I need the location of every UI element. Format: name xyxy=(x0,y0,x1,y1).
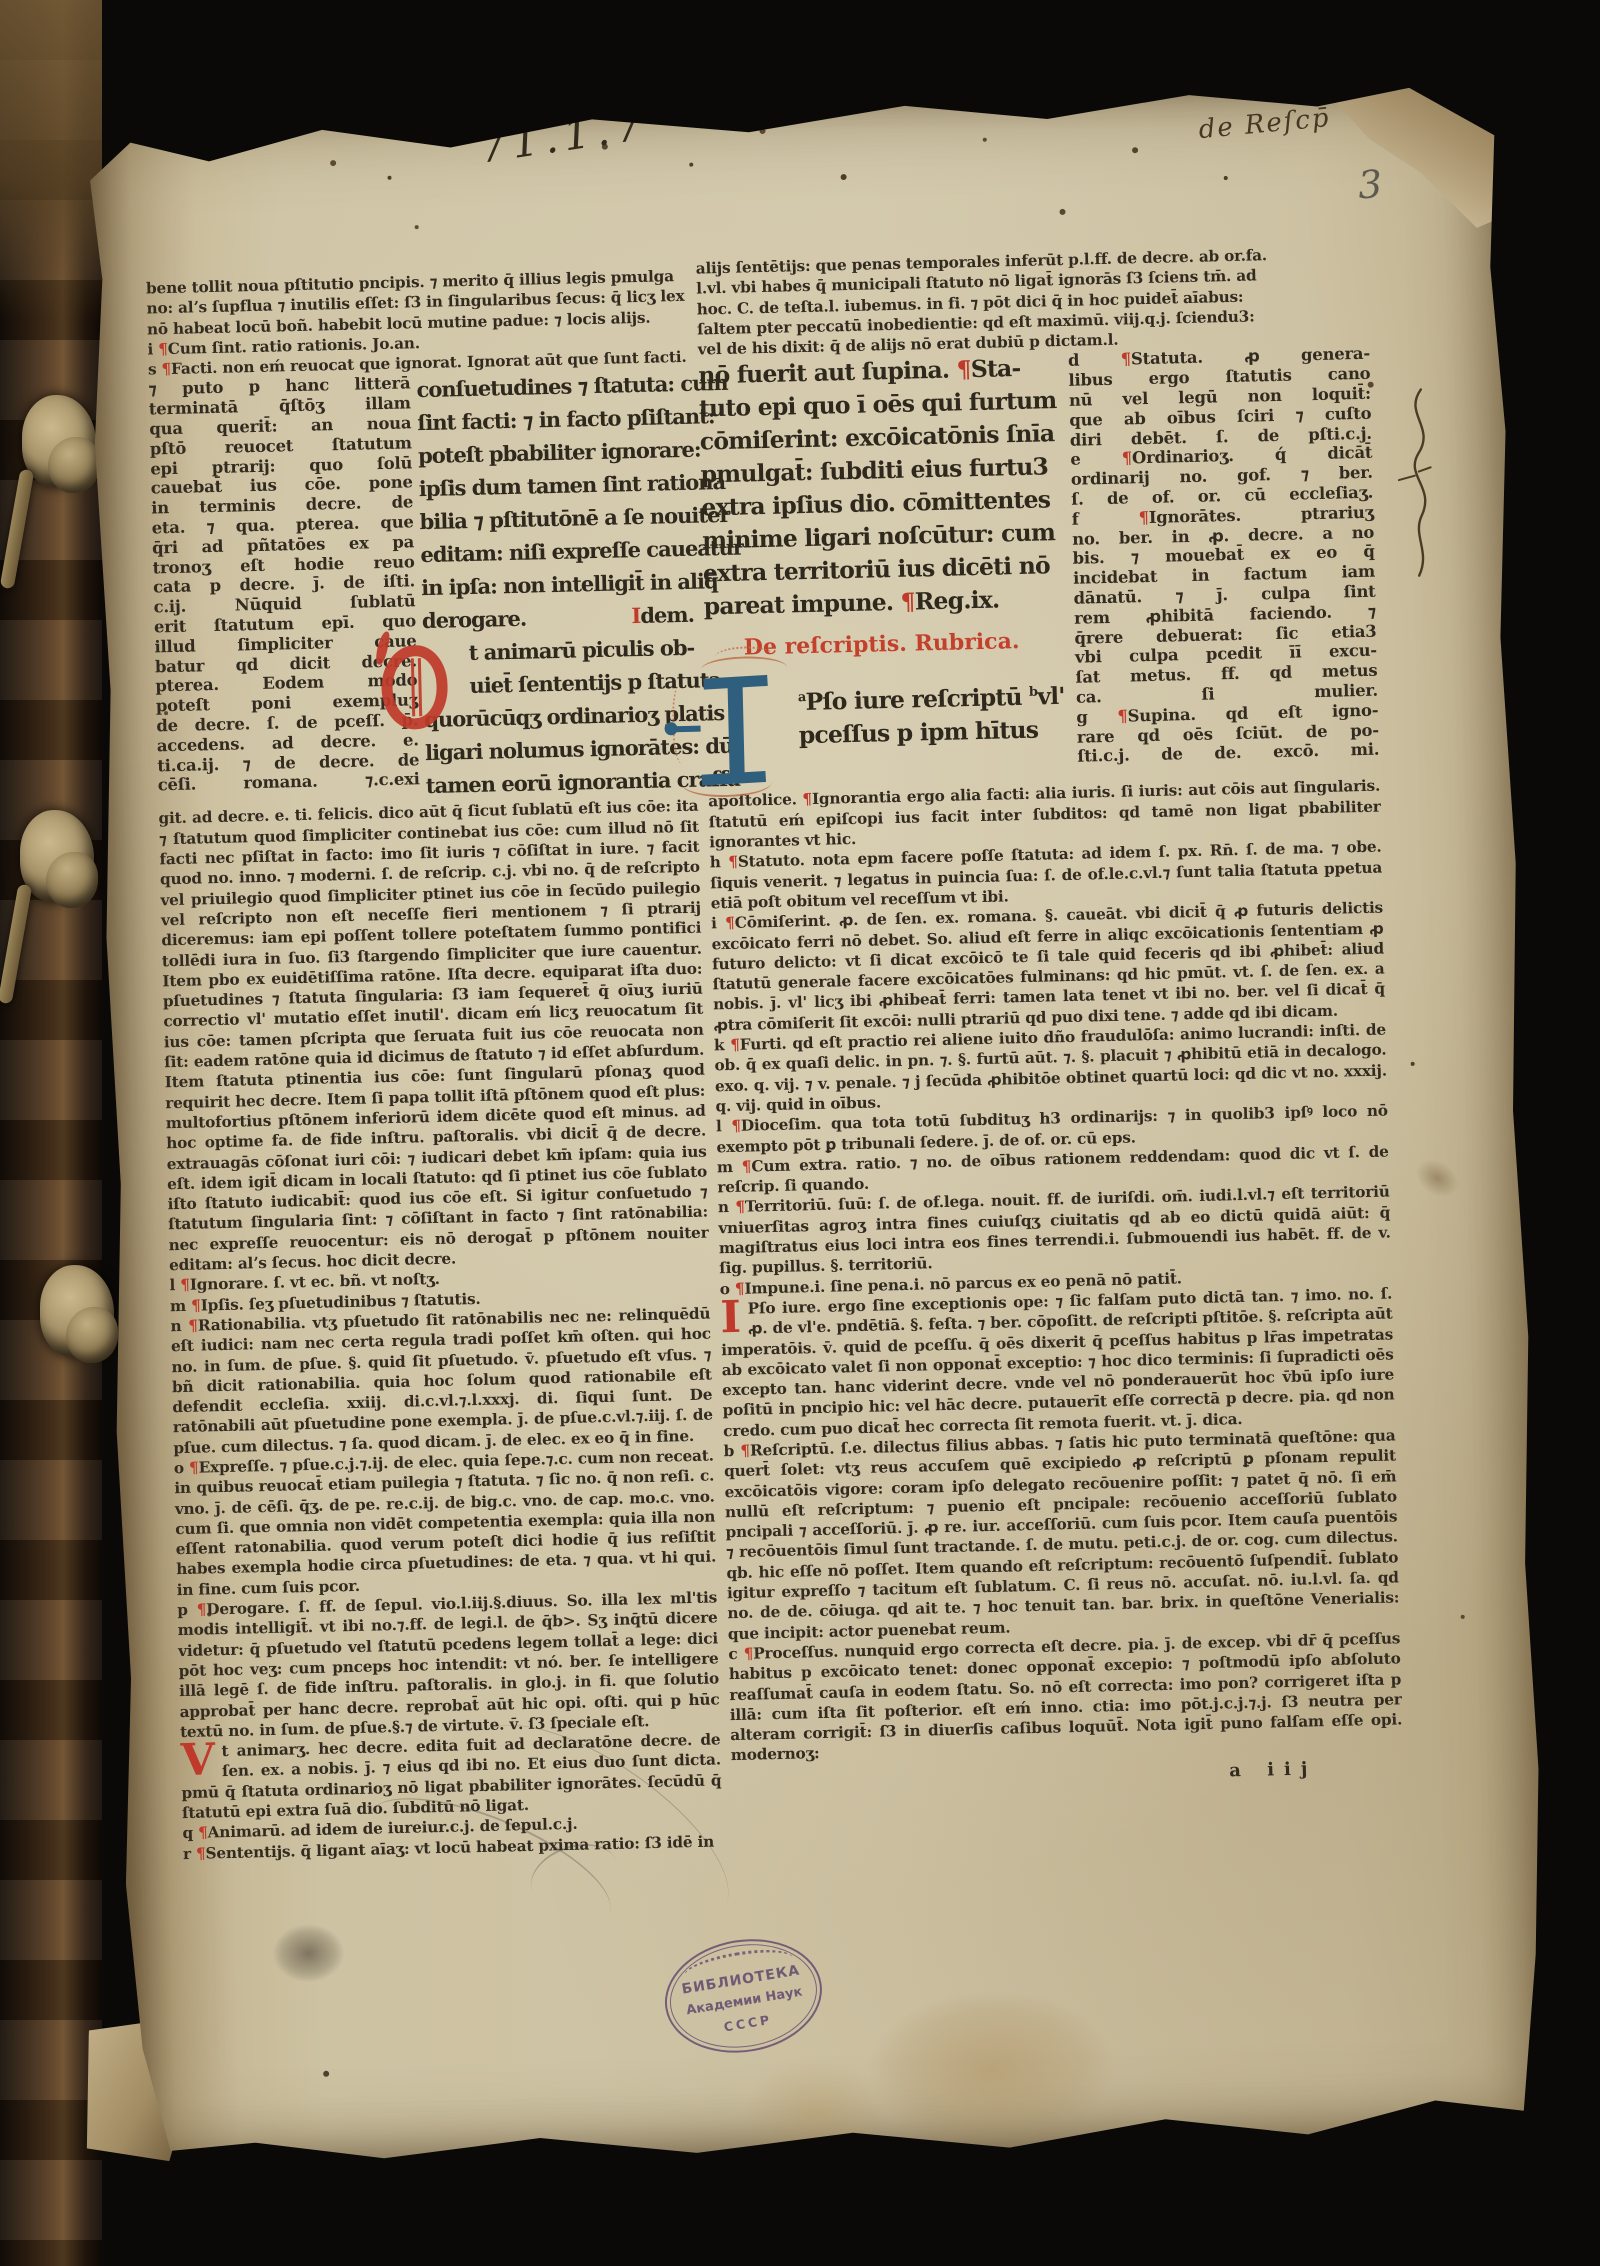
corner-inscription: de Reſcp̄ xyxy=(1197,103,1331,145)
illuminated-initial-i xyxy=(697,672,774,786)
right-main-text-block: nō fuerit aut ſupina. ¶Sta-tuto epi quo … xyxy=(698,352,1062,792)
left-commentary-block: git. ad decre. e. ti. felicis. dico aūt … xyxy=(158,796,723,1864)
stain xyxy=(1398,1141,1477,1215)
spine-top-highlight xyxy=(0,0,102,320)
right-gloss-column: d ¶Statuta. ꝓ genera-libus ergo ſtatutis… xyxy=(1068,344,1380,767)
marginal-squiggle xyxy=(1383,383,1458,585)
left-top-lines: bene tollit noua pſtitutio pncipis. ⁊ me… xyxy=(146,266,688,380)
stain xyxy=(824,1960,1159,2178)
right-initial-paragraph: aPſo iure reſcriptū bvl'pceſſus p ipm hī… xyxy=(705,666,1062,792)
left-gloss-column: ⁊ puto p hanc litterāterminatā q̄ſtōʒ il… xyxy=(148,374,420,796)
derogare-word: derogare. xyxy=(422,602,527,637)
photo-of-incunabulum-page: { "photo": { "backdrop_color": "#0b0908"… xyxy=(0,0,1600,2266)
torn-corner xyxy=(1275,75,1509,238)
sewing-cord-knot xyxy=(6,800,116,930)
shelfmark-inscription: 71.1.7 xyxy=(476,100,651,173)
ink-blot xyxy=(265,1917,363,1997)
right-top-lines: alijs ſentētijs: que penas temporales in… xyxy=(696,243,1370,360)
idem-rubricated: Idem. xyxy=(631,598,694,632)
page-sheet: 71.1.7 de Reſcp̄ 3 bene tollit noua pſti… xyxy=(80,82,1550,2173)
right-commentary-block: apoſtolice. ¶Ignorantia ergo alia facti:… xyxy=(708,776,1403,1766)
library-stamp: БИБЛИОТЕКА Академии Наук СССР xyxy=(656,1928,830,2064)
stain xyxy=(710,2034,923,2189)
spine-leather xyxy=(0,0,102,2266)
left-initial-paragraph: t animarū piculis ob-uiet̄ ſententijs p … xyxy=(422,631,698,802)
folio-number: 3 xyxy=(1356,162,1383,208)
printed-text-right-column: alijs ſentētijs: que penas temporales in… xyxy=(696,243,1404,1793)
left-main-text-block: conſuetudines ⁊ ſtatuta: cumſint facti: … xyxy=(416,367,698,802)
printed-text-left-column: bene tollit noua pſtitutio pncipis. ⁊ me… xyxy=(146,266,723,1864)
